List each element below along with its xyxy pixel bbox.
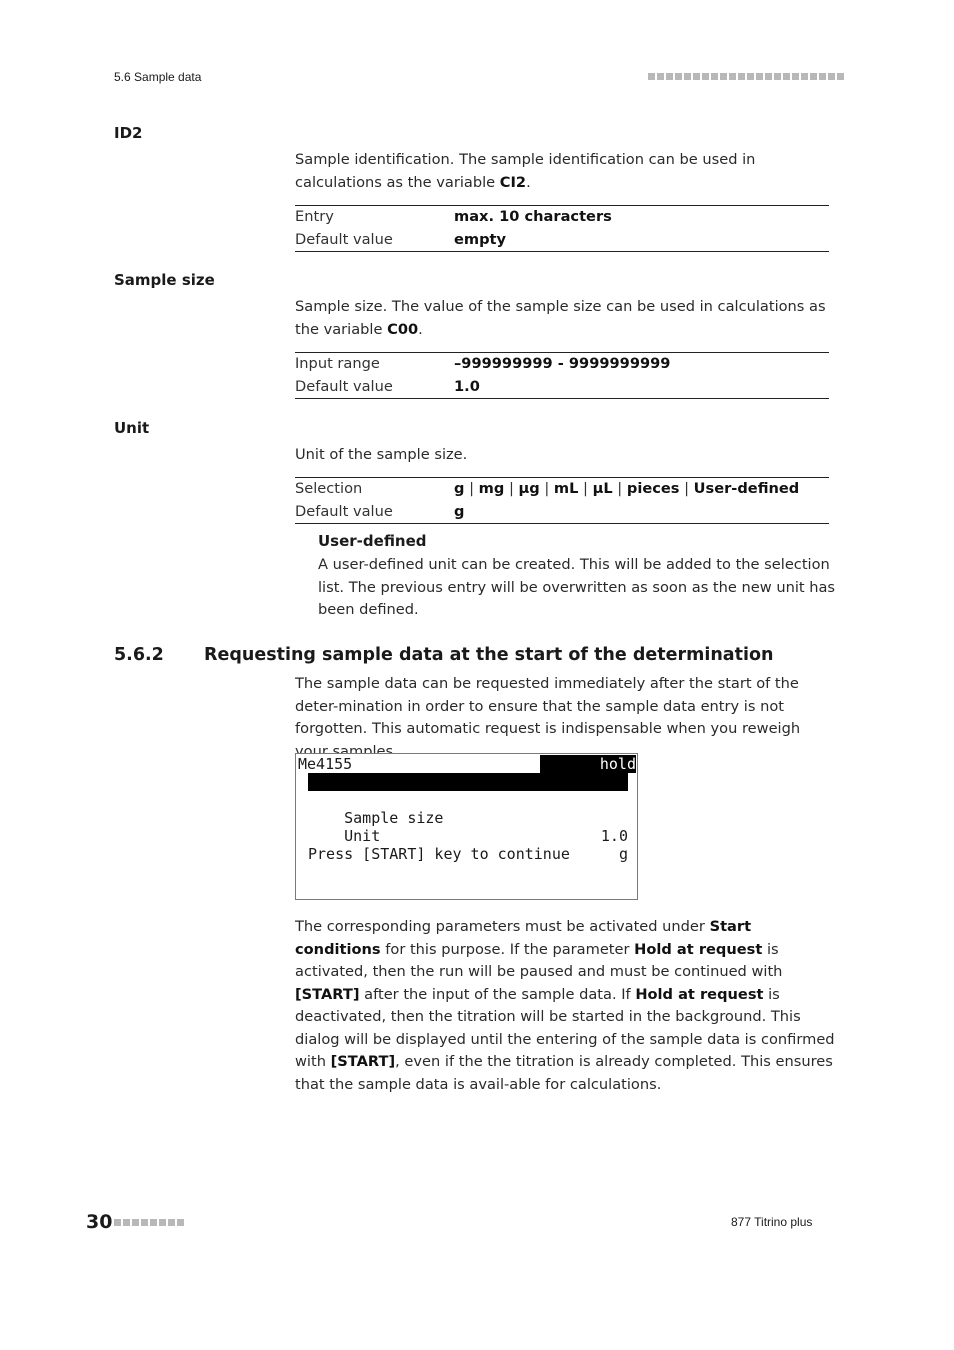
unit-option: mg xyxy=(479,480,505,497)
unit-option: g xyxy=(454,480,464,497)
spec-value: max. 10 characters xyxy=(454,206,829,229)
unit-description: Unit of the sample size. xyxy=(295,444,835,467)
section-number: 5.6.2 xyxy=(114,645,164,665)
term-sample-size: Sample size xyxy=(114,271,215,289)
display-row-value: g xyxy=(619,845,628,863)
unit-option: µg xyxy=(519,480,540,497)
header-decoration-squares xyxy=(648,73,844,80)
footer-decoration-squares xyxy=(114,1219,184,1226)
unit-option: User-defined xyxy=(694,480,800,497)
spec-value: g xyxy=(454,501,829,524)
display-row-unit: Unit g xyxy=(308,809,628,827)
unit-option: pieces xyxy=(627,480,680,497)
table-row: Selection g | mg | µg | mL | µL | pieces… xyxy=(295,478,829,501)
user-defined-title: User-defined xyxy=(318,532,427,550)
display-row-sample-size: Sample size 1.0 xyxy=(308,791,628,809)
user-defined-text: A user-defined unit can be created. This… xyxy=(318,554,838,622)
display-message: Press [START] key to continue xyxy=(308,845,570,863)
spec-key: Default value xyxy=(295,501,454,524)
section-intro: The sample data can be requested immedia… xyxy=(295,673,835,763)
term-id2: ID2 xyxy=(114,124,142,142)
unit-option: mL xyxy=(554,480,579,497)
term-unit: Unit xyxy=(114,419,149,437)
product-name: 877 Titrino plus xyxy=(731,1215,812,1229)
unit-option: µL xyxy=(593,480,613,497)
table-row: Default value empty xyxy=(295,229,829,252)
sample-size-spec-table: Input range –999999999 - 9999999999 Defa… xyxy=(295,352,829,399)
id2-spec-table: Entry max. 10 characters Default value e… xyxy=(295,205,829,252)
running-header-section: 5.6 Sample data xyxy=(114,70,201,84)
id2-description: Sample identification. The sample identi… xyxy=(295,149,835,194)
display-row-label: Unit xyxy=(344,827,380,845)
unit-spec-table: Selection g | mg | µg | mL | µL | pieces… xyxy=(295,477,829,524)
display-status: hold xyxy=(540,755,636,773)
table-row: Input range –999999999 - 9999999999 xyxy=(295,353,829,376)
display-row-value: 1.0 xyxy=(601,827,628,845)
spec-key: Entry xyxy=(295,206,454,229)
instrument-display: Me4155 hold ID1 Sample size 1.0 Unit g P… xyxy=(295,753,638,900)
spec-key: Default value xyxy=(295,376,454,399)
spec-value: 1.0 xyxy=(454,376,829,399)
section-title: Requesting sample data at the start of t… xyxy=(204,645,773,665)
spec-value: –999999999 - 9999999999 xyxy=(454,353,829,376)
table-row: Entry max. 10 characters xyxy=(295,206,829,229)
spec-value: empty xyxy=(454,229,829,252)
spec-key: Default value xyxy=(295,229,454,252)
section-body: The corresponding parameters must be act… xyxy=(295,916,835,1096)
page-number: 30 xyxy=(86,1211,112,1233)
table-row: Default value 1.0 xyxy=(295,376,829,399)
display-row-id1: ID1 xyxy=(308,773,628,791)
table-row: Default value g xyxy=(295,501,829,524)
display-method: Me4155 xyxy=(298,755,352,773)
spec-key: Selection xyxy=(295,478,454,501)
unit-options: g | mg | µg | mL | µL | pieces | User-de… xyxy=(454,478,829,501)
sample-size-description: Sample size. The value of the sample siz… xyxy=(295,296,835,341)
spec-key: Input range xyxy=(295,353,454,376)
